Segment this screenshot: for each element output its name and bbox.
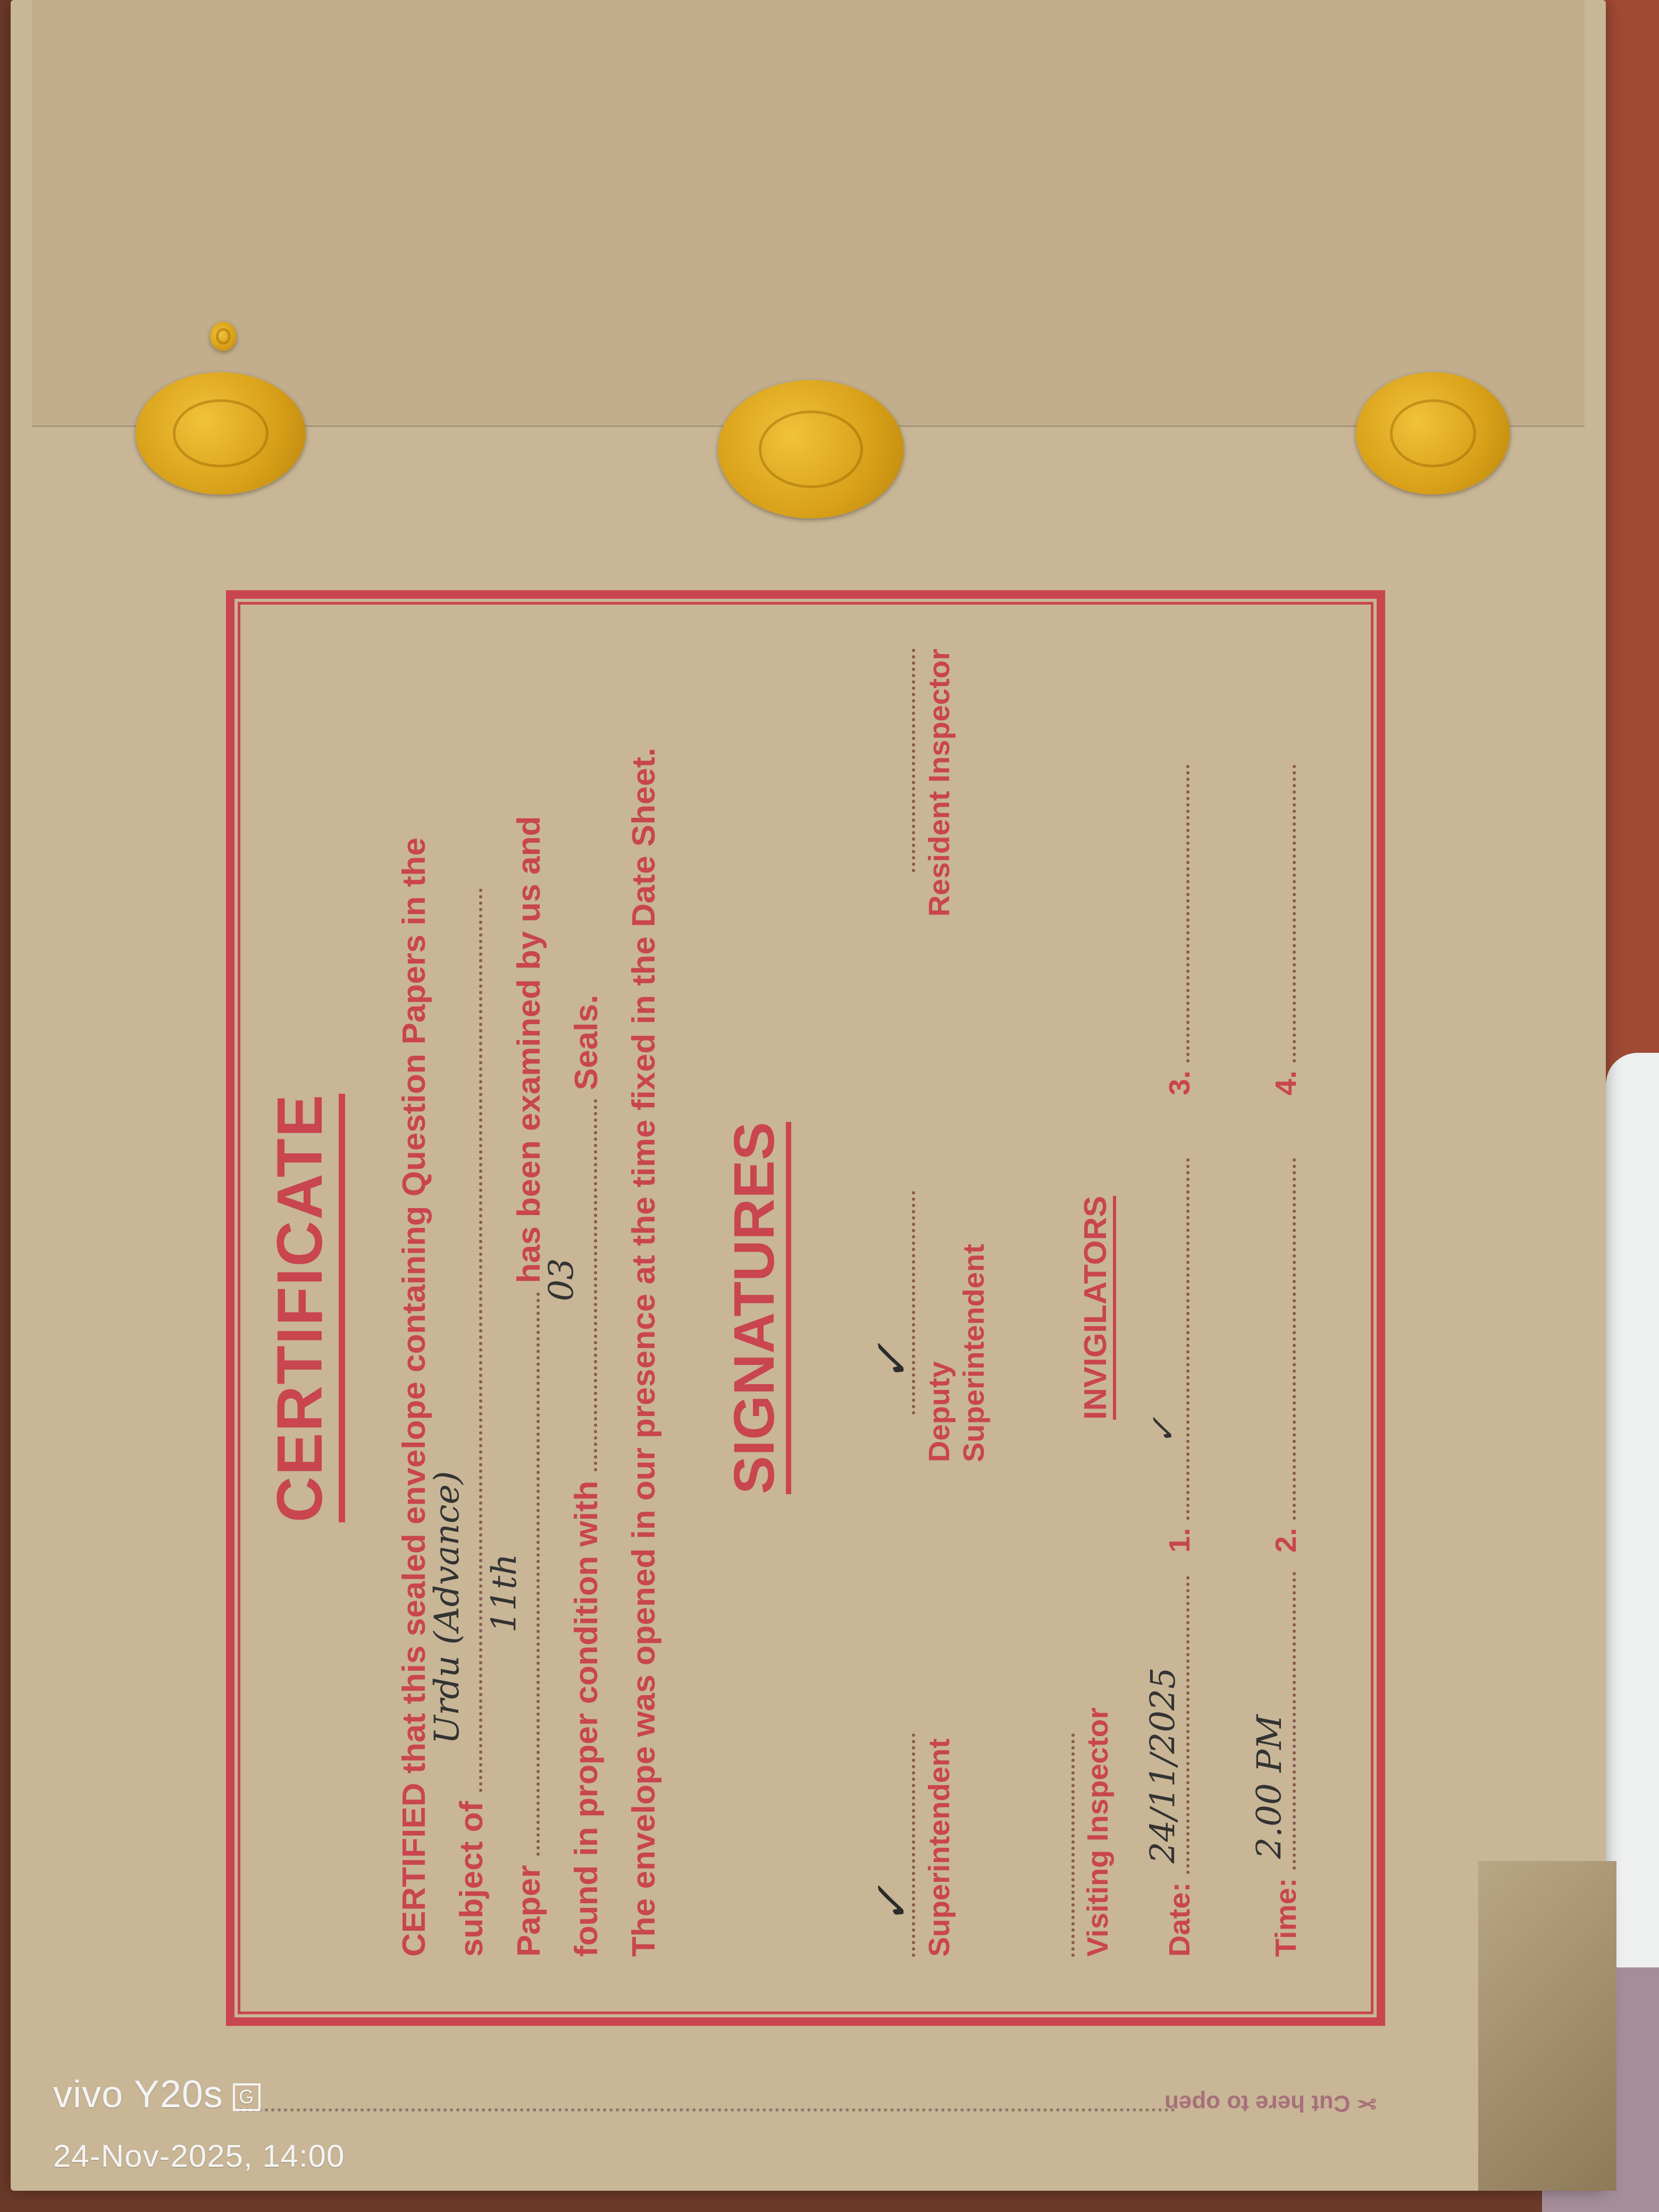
signature-line[interactable]: ✓ <box>885 1191 915 1414</box>
signature-scrawl: ✓ <box>864 1885 920 1925</box>
cut-instruction: ✂ Cut here to open <box>1164 2090 1377 2117</box>
wax-drip <box>210 322 237 351</box>
signature-deputy-superintendent: ✓ Deputy Superintendent <box>885 1143 991 1462</box>
paper-handwriting: 11th <box>476 1554 533 1632</box>
signature-superintendent: ✓ Superintendent <box>885 1638 991 1957</box>
time-field: Time: 2.00 PM <box>1268 1572 1303 1957</box>
signature-line[interactable] <box>1293 765 1296 1062</box>
envelope-flap <box>32 0 1585 427</box>
signatures-row: ✓ Superintendent ✓ Deputy Superintendent… <box>885 649 991 1957</box>
date-input[interactable]: 24/11/2025 <box>1186 1576 1189 1874</box>
cut-line[interactable] <box>239 2108 1175 2112</box>
invigilator-1: 1. ✓ <box>1162 1158 1196 1553</box>
seals-count-field[interactable]: 03 <box>594 1099 597 1471</box>
signature-line[interactable] <box>1055 1733 1075 1957</box>
cert-line-4: found in proper condition with 03 Seals. <box>558 649 615 1957</box>
signature-line[interactable] <box>1186 765 1189 1062</box>
signature-line[interactable]: ✓ <box>1186 1158 1189 1520</box>
subject-handwriting: Urdu (Advance) <box>418 1471 476 1744</box>
scissors-icon: ✂ <box>1351 2090 1377 2116</box>
wax-seal-center <box>718 380 904 518</box>
signatures-title: SIGNATURES <box>720 590 787 2026</box>
cert-line-2: subject of Urdu (Advance) <box>443 649 500 1957</box>
paper-field[interactable]: 11th <box>537 1292 540 1856</box>
signature-resident-inspector: Resident Inspector <box>885 649 991 968</box>
camera-watermark-model: vivo Y20sG <box>53 2073 261 2116</box>
cert-line-5: The envelope was opened in our presence … <box>615 649 673 1957</box>
cert-line-1: CERTIFIED that this sealed envelope cont… <box>386 649 443 1957</box>
invigilator-4: 4. <box>1268 765 1303 1095</box>
certificate: CERTIFICATE CERTIFIED that this sealed e… <box>226 590 1385 2026</box>
invigilators-title: INVIGILATORS <box>1077 1196 1113 1420</box>
seals-handwriting: 03 <box>533 1258 591 1301</box>
background-paper <box>1606 1053 1659 1967</box>
wax-seal-right <box>1356 372 1510 495</box>
visiting-inspector: Visiting Inspector <box>1055 1707 1115 1957</box>
certificate-body: CERTIFIED that this sealed envelope cont… <box>386 649 673 1957</box>
signature-scrawl: ✓ <box>864 1343 920 1382</box>
certificate-title: CERTIFICATE <box>263 590 337 2026</box>
date-field: Date: 24/11/2025 <box>1162 1576 1196 1957</box>
signature-line[interactable] <box>885 649 915 872</box>
invigilator-2: 2. <box>1268 1158 1303 1553</box>
invigilator-3: 3. <box>1162 765 1196 1095</box>
wax-seal-left <box>136 372 306 495</box>
camera-badge-icon: G <box>233 2083 261 2111</box>
envelope-corner-shadow <box>1478 1861 1616 2191</box>
signature-line[interactable]: ✓ <box>885 1733 915 1957</box>
signature-line[interactable] <box>1293 1158 1296 1520</box>
cert-line-3: Paper 11th has been examined by us and <box>500 649 558 1957</box>
camera-watermark-datetime: 24-Nov-2025, 14:00 <box>53 2138 345 2174</box>
time-input[interactable]: 2.00 PM <box>1293 1572 1296 1870</box>
subject-field[interactable]: Urdu (Advance) <box>479 888 482 1792</box>
